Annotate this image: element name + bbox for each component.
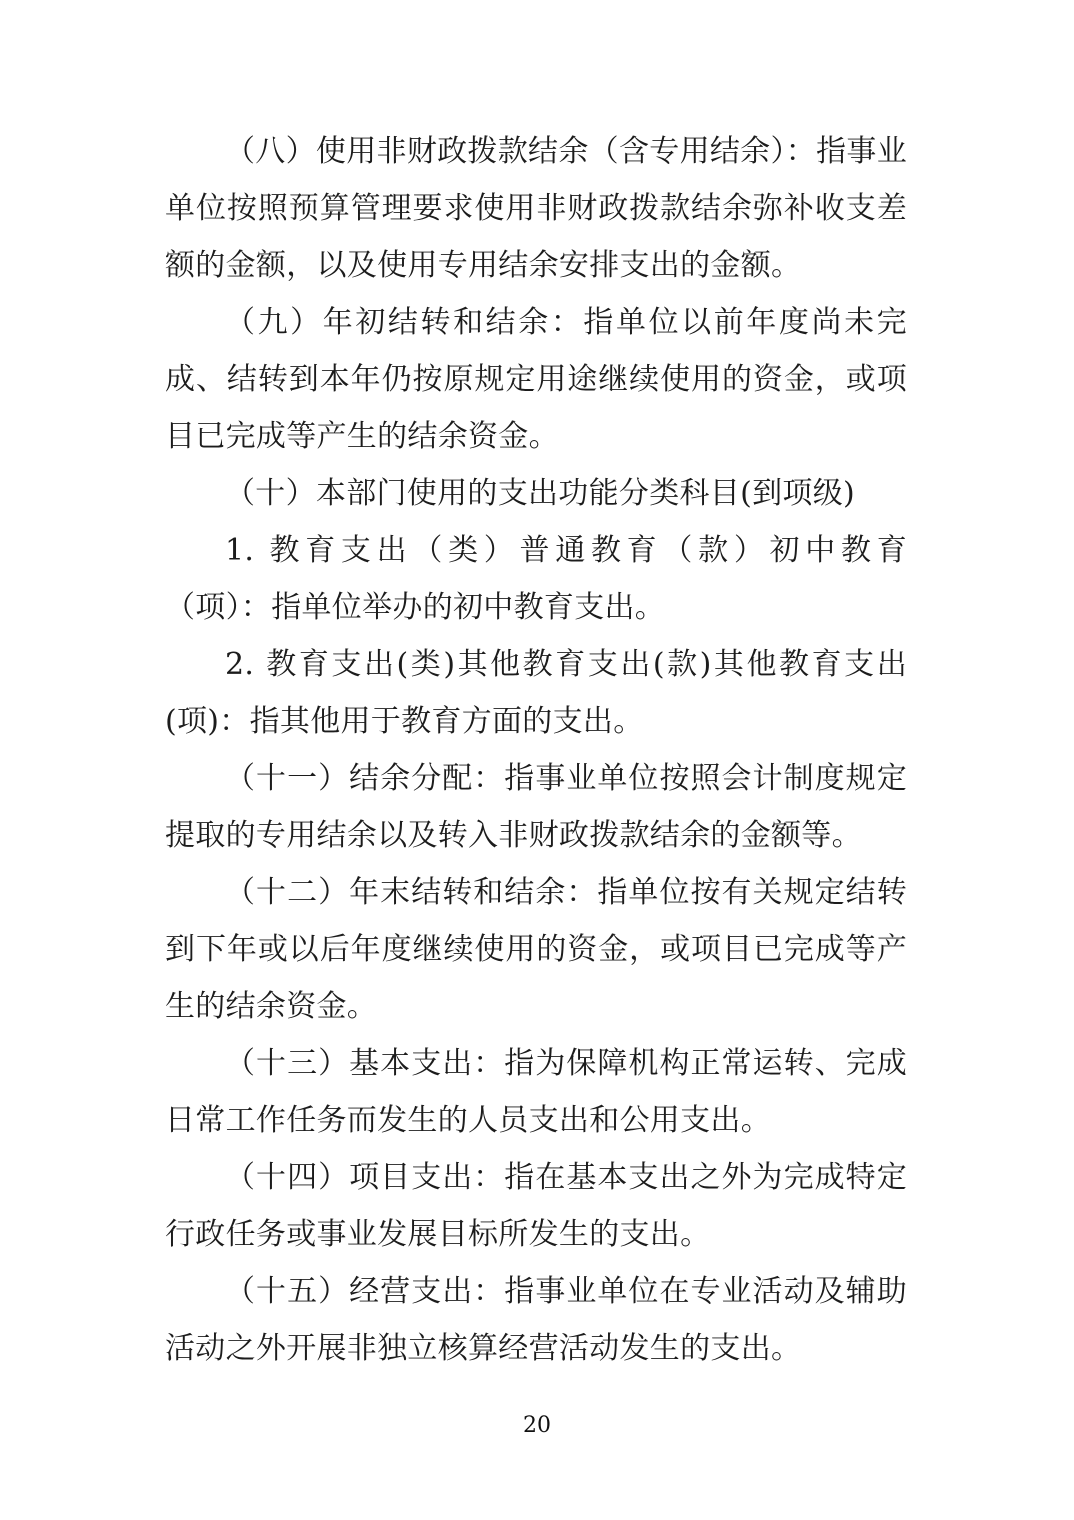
paragraph-term-15: （十五）经营支出：指事业单位在专业活动及辅助活动之外开展非独立核算经营活动发生的… <box>165 1263 907 1377</box>
document-body: （八）使用非财政拨款结余（含专用结余）：指事业单位按照预算管理要求使用非财政拨款… <box>165 123 907 1377</box>
paragraph-term-14: （十四）项目支出：指在基本支出之外为完成特定行政任务或事业发展目标所发生的支出。 <box>165 1149 907 1263</box>
paragraph-term-8: （八）使用非财政拨款结余（含专用结余）：指事业单位按照预算管理要求使用非财政拨款… <box>165 123 907 294</box>
paragraph-term-10: （十）本部门使用的支出功能分类科目(到项级) <box>165 465 907 522</box>
document-page: （八）使用非财政拨款结余（含专用结余）：指事业单位按照预算管理要求使用非财政拨款… <box>0 0 1074 1520</box>
paragraph-term-11: （十一）结余分配：指事业单位按照会计制度规定提取的专用结余以及转入非财政拨款结余… <box>165 750 907 864</box>
paragraph-term-12: （十二）年末结转和结余：指单位按有关规定结转到下年或以后年度继续使用的资金，或项… <box>165 864 907 1035</box>
paragraph-term-13: （十三）基本支出：指为保障机构正常运转、完成日常工作任务而发生的人员支出和公用支… <box>165 1035 907 1149</box>
page-number: 20 <box>0 1413 1074 1438</box>
paragraph-item-1: 1. 教育支出（类）普通教育（款）初中教育（项）：指单位举办的初中教育支出。 <box>165 522 907 636</box>
paragraph-item-2: 2. 教育支出(类)其他教育支出(款)其他教育支出(项)：指其他用于教育方面的支… <box>165 636 907 750</box>
paragraph-term-9: （九）年初结转和结余：指单位以前年度尚未完成、结转到本年仍按原规定用途继续使用的… <box>165 294 907 465</box>
